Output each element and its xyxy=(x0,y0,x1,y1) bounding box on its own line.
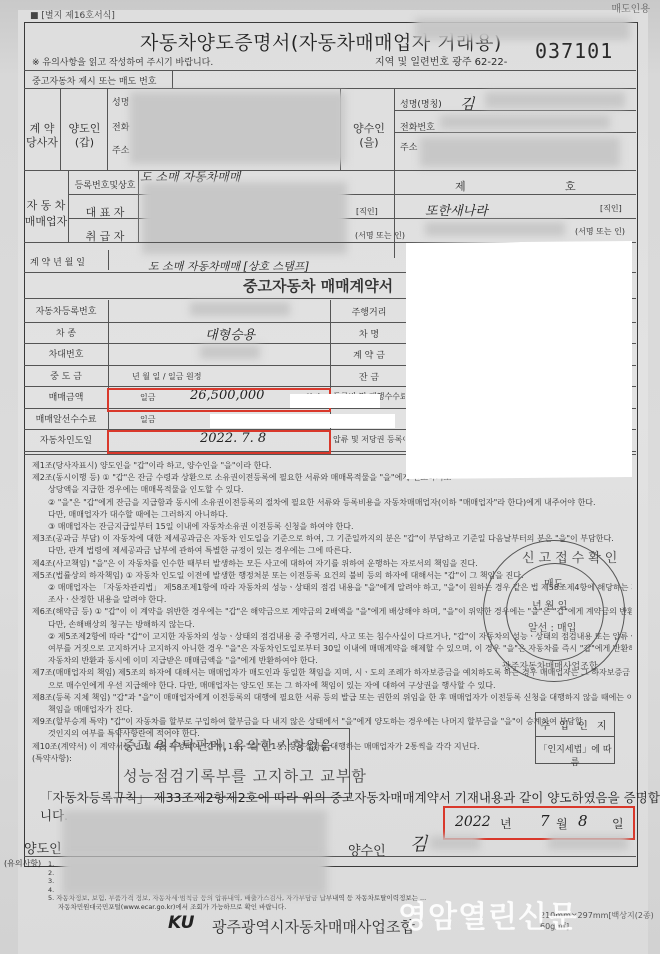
redacted-cert-seller xyxy=(62,810,327,860)
contract-row-prefix: 일금 xyxy=(140,414,155,425)
cert-day-unit: 일 xyxy=(612,815,624,832)
buyer-field-name: 성명(명칭) xyxy=(400,97,442,110)
contract-row-right-label: 잔 금 xyxy=(333,370,405,383)
association-name: 광주광역시자동차매매사업조합 xyxy=(212,916,415,937)
revenue-stamp-box: 수 입 인 지 「인지세법」에 따름 xyxy=(535,712,615,764)
cert-year-unit: 년 xyxy=(500,815,512,832)
divider xyxy=(68,170,69,242)
cert-month: 7 xyxy=(540,812,550,830)
clause-line: 상당액을 지급한 경우에는 매매목적물을 인도할 수 있다. xyxy=(32,484,632,496)
clause-line: 제8조(등록 지체 책임) "갑"과 "을"이 매매업자에게 이전등록의 대행에… xyxy=(32,692,632,704)
seller-label: 양도인 (갑) xyxy=(62,122,107,150)
divider xyxy=(394,132,636,133)
divider xyxy=(24,88,636,89)
buyer-sign-label: (서명 또는 인) xyxy=(575,226,625,237)
seal-bottom-text: 광주자동차매매사업조합 xyxy=(502,659,598,672)
redacted-buyer-phone xyxy=(440,115,610,129)
cert-year: 2022 xyxy=(455,814,491,830)
redacted-cert-buyer-sign xyxy=(548,836,628,850)
seller-field-phone: 전화 xyxy=(112,120,129,133)
divider xyxy=(172,70,173,88)
contract-row-label: 차대번호 xyxy=(26,347,106,360)
dealer-section-label: 자 동 차 매매업자 xyxy=(24,198,68,230)
redacted-dealer-info xyxy=(142,182,347,254)
copy-label: 매도인용 xyxy=(611,0,650,15)
divider xyxy=(108,300,109,451)
notes-label: (유의사항) xyxy=(4,858,41,869)
divider xyxy=(60,88,61,170)
dealer-seal-label: [직인] xyxy=(356,206,378,217)
redacted-handler xyxy=(425,222,565,236)
revenue-stamp-note: 「인지세법」에 따름 xyxy=(536,737,614,773)
contract-row-right-label: 차 명 xyxy=(333,327,405,340)
contract-row-label: 차 종 xyxy=(26,326,106,339)
divider xyxy=(108,250,109,270)
divider xyxy=(107,88,108,170)
serial-label: 지역 및 일련번호 광주 62-22- xyxy=(375,53,507,68)
redacted-area xyxy=(415,18,630,40)
contract-row-value: 대형승용 xyxy=(205,324,255,343)
cert-seller-label: 양도인 xyxy=(24,838,62,857)
divider xyxy=(138,170,139,242)
buyer-seal-label: [직인] xyxy=(600,203,622,214)
display-no-label: 중고자동차 제시 또는 매도 번호 xyxy=(32,74,156,87)
seal-top-text: 신고접수확인 xyxy=(522,547,621,566)
redacted-seller-info xyxy=(130,92,345,164)
contract-row-label: 자동차등록번호 xyxy=(26,304,106,317)
contract-row-label: 매매알선수수료 xyxy=(26,412,106,425)
contract-date-label: 계 약 년 월 일 xyxy=(30,255,85,268)
divider xyxy=(24,70,636,71)
redacted-reg-number xyxy=(190,302,290,316)
clause-line: ② "을"은 "갑"에게 잔금을 지급함과 동시에 소유권이전등록의 절차에 필… xyxy=(32,497,632,509)
note-item: 5. 자동차정보, 보험, 부품가격 정보, 자동차세·범칙금 등의 압류내역,… xyxy=(48,894,426,903)
dealer-field-reg: 등록번호및상호 xyxy=(72,178,138,191)
contract-row-value: 년 월 일 / 일금 원정 xyxy=(132,371,202,382)
clause-line: 다만, 매매업자가 대수할 때에는 그러하지 아니하다. xyxy=(32,509,632,521)
divider xyxy=(394,110,636,111)
redacted-buyer-address xyxy=(420,137,620,167)
contract-row-label: 매매금액 xyxy=(26,390,106,403)
contract-parties-label: 계 약 당사자 xyxy=(24,122,60,150)
seal-middle-2: 년 월 일 xyxy=(532,597,567,612)
reg-suffix: 호 xyxy=(565,178,576,194)
cert-month-unit: 월 xyxy=(556,815,568,832)
seal-middle-3: 알선 : 매입 xyxy=(528,619,576,634)
cert-day: 8 xyxy=(578,812,588,830)
seller-field-address: 주소 xyxy=(112,143,129,156)
form-number: ■ [별지 제16호서식] xyxy=(30,8,115,21)
highlight-delivery-date xyxy=(107,430,331,454)
contract-section-title: 중고자동차 매매계약서 xyxy=(243,275,393,296)
clause-line: ③ 매매업자는 잔금지급일부터 15일 이내에 자동차소유권 이전등록 신청을 … xyxy=(32,521,632,533)
serial-number: 037101 xyxy=(535,39,613,63)
seal-middle-1: 매도 xyxy=(544,575,563,590)
whiteout-redaction-large xyxy=(406,241,632,479)
revenue-stamp-title: 수 입 인 지 xyxy=(536,713,614,737)
association-logo: KU xyxy=(168,913,194,933)
watermark: 영암열린신문 xyxy=(398,892,578,936)
contract-row-label: 자동차인도일 xyxy=(26,433,106,446)
redacted-notes xyxy=(62,855,327,895)
redacted-vin xyxy=(200,345,260,359)
contract-row-label: 중 도 금 xyxy=(26,369,106,382)
contract-row-right-label: 압류 및 저당권 등록여부 xyxy=(333,434,405,445)
stamp-line-1: 중고 위수탁판매, 유의한 사항없음 xyxy=(123,735,333,754)
buyer-label: 양수인 (을) xyxy=(344,122,394,150)
note-item: 자동차민원대국민포털(www.ecar.go.kr)에서 조회가 가능하므로 확… xyxy=(48,903,426,912)
contract-row-right-label: 계 약 금 xyxy=(333,348,405,361)
cert-buyer-handwritten: 김 xyxy=(410,830,427,856)
reg-prefix: 제 xyxy=(455,178,466,194)
dealer-sign-label: (서명 또는 인) xyxy=(355,230,405,241)
receipt-seal: 신고접수확인 매도 년 월 일 알선 : 매입 광주자동차매매사업조합 xyxy=(483,540,625,682)
redacted-buyer-name xyxy=(485,92,625,108)
notice-text: ※ 유의사항을 읽고 작성하여 주시기 바랍니다. xyxy=(32,55,213,68)
stamp-line-2: 성능점검기록부를 고지하고 교부함 xyxy=(123,765,367,786)
buyer-field-address: 주소 xyxy=(400,140,417,153)
clause-line: 으로 매수인에게 우선 지급해야 한다. 다만, 매매업자는 양도인 또는 그 … xyxy=(32,680,632,692)
dealer-signature: 또한새나라 xyxy=(425,200,488,219)
whiteout-redaction-fee xyxy=(210,414,395,428)
divider xyxy=(24,170,636,171)
redacted-cert-buyer xyxy=(430,836,480,850)
seller-field-name: 성명 xyxy=(112,95,129,108)
whiteout-redaction-price xyxy=(290,394,380,408)
contract-row-right-label: 주행거리 xyxy=(333,305,405,318)
